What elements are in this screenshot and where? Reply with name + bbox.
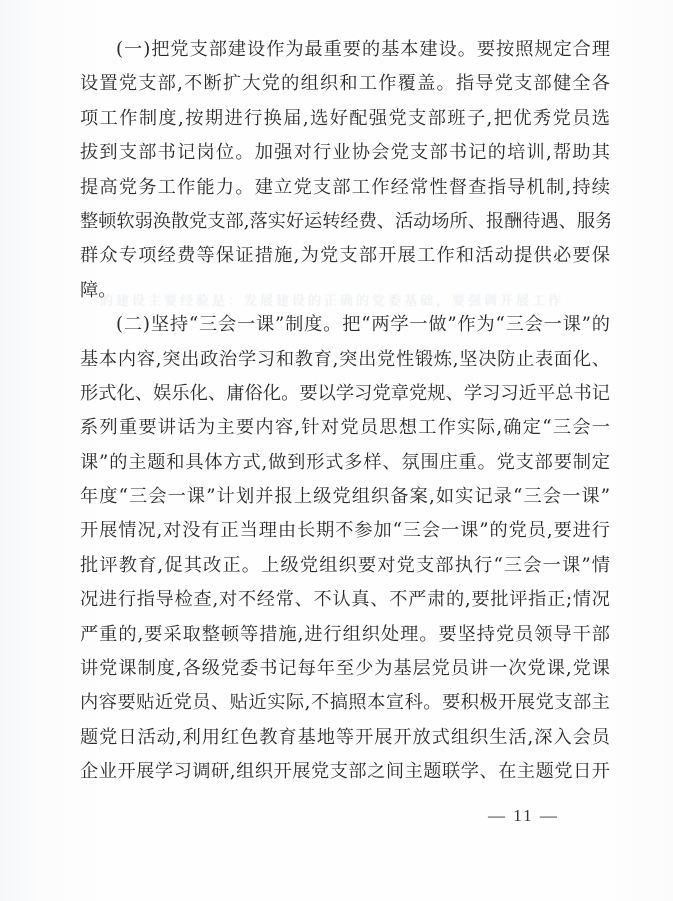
paragraph-line: 年度“三会一课”计划并报上级党组织备案,如实记录“三会一课” — [80, 480, 610, 514]
page-number: — 11 — — [488, 806, 559, 826]
paragraph-line: 批评教育,促其改正。上级党组织要对党支部执行“三会一课”情 — [80, 549, 610, 583]
paragraph-line: 提高党务工作能力。建立党支部工作经常性督查指导机制,持续 — [80, 171, 610, 205]
paragraph-line: 讲党课制度,各级党委书记每年至少为基层党员讲一次党课,党课 — [80, 652, 610, 686]
paragraph-line: 况进行指导检查,对不经常、不认真、不严肃的,要批评指正;情况 — [80, 583, 610, 617]
paragraph-line: 群众专项经费等保证措施,为党支部开展工作和活动提供必要保 — [80, 239, 610, 273]
paragraph-line: 内容要贴近党员、贴近实际,不搞照本宣科。要积极开展党支部主 — [80, 686, 610, 720]
paragraph-line: 整顿软弱涣散党支部,落实好运转经费、活动场所、报酬待遇、服务 — [80, 205, 610, 239]
paragraph-line: 课”的主题和具体方式,做到形式多样、氛围庄重。党支部要制定 — [80, 446, 610, 480]
paragraph-line: 企业开展学习调研,组织开展党支部之间主题联学、在主题党日开 — [80, 755, 610, 789]
document-page: 的建设主要经验是：发展建设的正确的党委基础，要强调开展工作 (一)把党支部建设作… — [0, 0, 673, 901]
paragraph-line: 拔到支部书记岗位。加强对行业协会党支部书记的培训,帮助其 — [80, 136, 610, 170]
paragraph-line: 开展情况,对没有正当理由长期不参加“三会一课”的党员,要进行 — [80, 514, 610, 548]
section-1: (一)把党支部建设作为最重要的基本建设。要按照规定合理 设置党支部,不断扩大党的… — [80, 33, 610, 308]
paragraph-line: 形式化、娱乐化、庸俗化。要以学习党章党规、学习习近平总书记 — [80, 377, 610, 411]
paragraph-line: 严重的,要采取整顿等措施,进行组织处理。要坚持党员领导干部 — [80, 618, 610, 652]
section-2: (二)坚持“三会一课”制度。把“两学一做”作为“三会一课”的 基本内容,突出政治… — [80, 308, 610, 789]
paragraph-line: 项工作制度,按期进行换届,选好配强党支部班子,把优秀党员选 — [80, 102, 610, 136]
paragraph-line: (二)坚持“三会一课”制度。把“两学一做”作为“三会一课”的 — [80, 308, 610, 342]
paragraph-line: 题党日活动,利用红色教育基地等开展开放式组织生活,深入会员 — [80, 721, 610, 755]
body-text: (一)把党支部建设作为最重要的基本建设。要按照规定合理 设置党支部,不断扩大党的… — [80, 33, 610, 790]
paragraph-line: 障。 — [80, 274, 610, 308]
paragraph-line: 基本内容,突出政治学习和教育,突出党性锻炼,坚决防止表面化、 — [80, 343, 610, 377]
paragraph-line: (一)把党支部建设作为最重要的基本建设。要按照规定合理 — [80, 33, 610, 67]
paragraph-line: 设置党支部,不断扩大党的组织和工作覆盖。指导党支部健全各 — [80, 67, 610, 101]
paragraph-line: 系列重要讲话为主要内容,针对党员思想工作实际,确定“三会一 — [80, 411, 610, 445]
